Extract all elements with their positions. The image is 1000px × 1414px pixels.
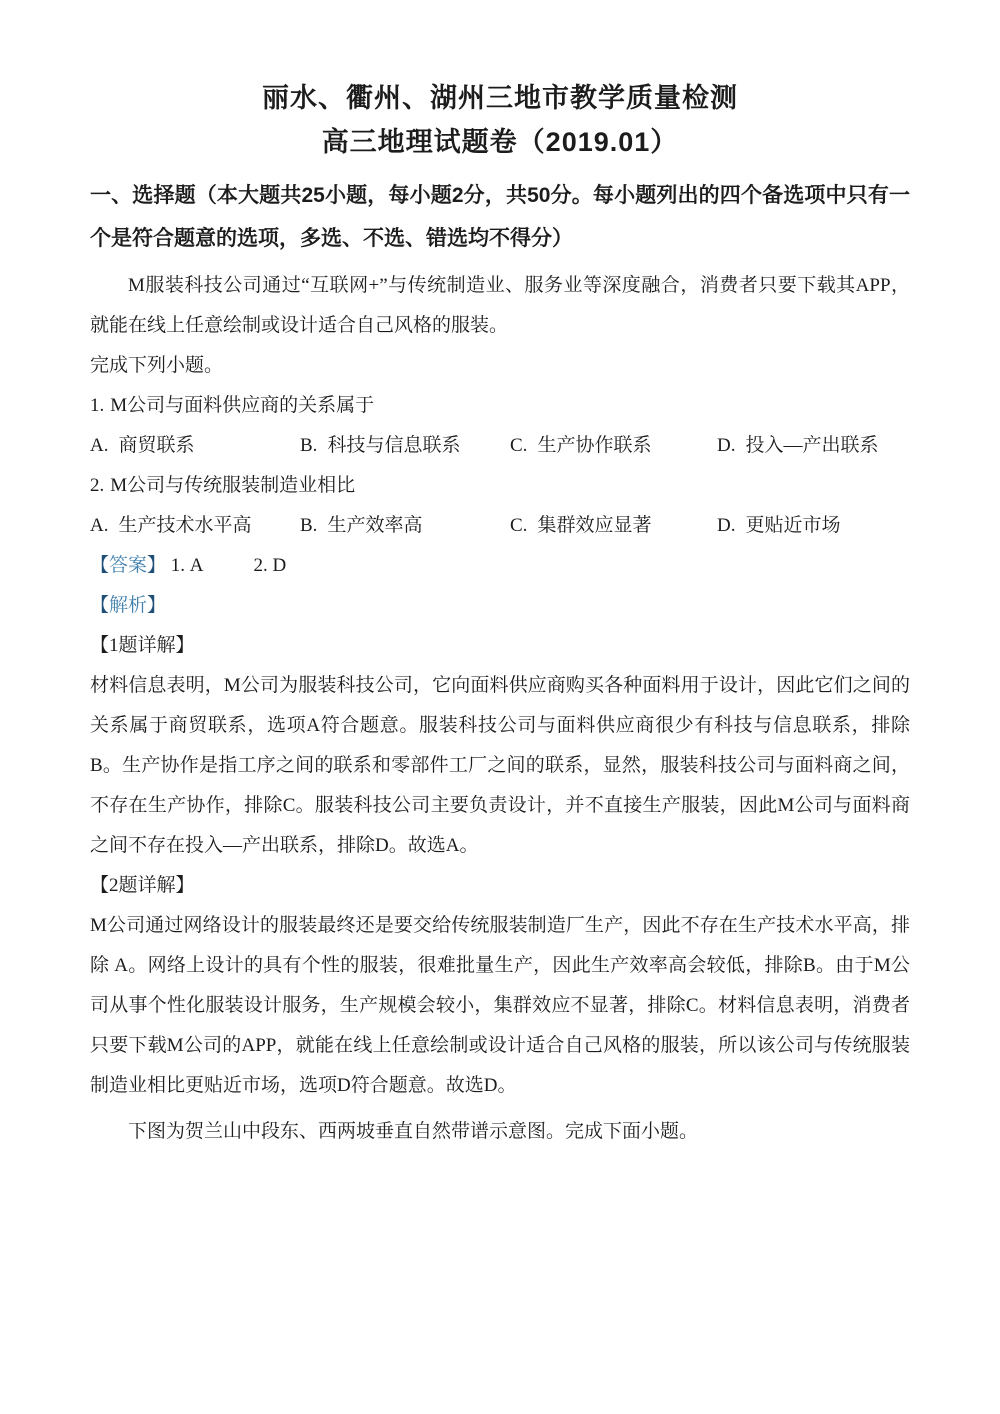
passage-followup: 完成下列小题。 (90, 346, 910, 386)
option-text: 科技与信息联系 (327, 435, 460, 456)
answer-1-number: 1. (171, 555, 185, 576)
question-2-option-c: C.集群效应显著 (510, 506, 717, 546)
detail-2-header: 【2题详解】 (90, 866, 910, 906)
detail-1-header: 【1题详解】 (90, 626, 910, 666)
option-label: A. (90, 435, 108, 456)
option-label: D. (717, 435, 735, 456)
question-2-stem: 2.M公司与传统服装制造业相比 (90, 466, 910, 506)
analysis-bracket-open: 【 (90, 595, 109, 616)
answer-bracket-close: 】 (147, 555, 166, 576)
paper-title-line1: 丽水、衢州、湖州三地市教学质量检测 (90, 76, 910, 120)
option-text: 生产效率高 (327, 515, 422, 536)
analysis-bracket-close: 】 (147, 595, 166, 616)
option-label: B. (300, 515, 317, 536)
question-1-stem: 1.M公司与面料供应商的关系属于 (90, 386, 910, 426)
question-2-text: M公司与传统服装制造业相比 (110, 475, 355, 496)
question-2-option-d: D.更贴近市场 (717, 506, 910, 546)
answer-1-choice: A (190, 555, 204, 576)
answer-label: 答案 (109, 555, 147, 576)
option-text: 商贸联系 (118, 435, 194, 456)
option-label: A. (90, 515, 108, 536)
next-passage-intro: 下图为贺兰山中段东、西两坡垂直自然带谱示意图。完成下面小题。 (90, 1112, 910, 1152)
detail-2-text: M公司通过网络设计的服装最终还是要交给传统服装制造厂生产，因此不存在生产技术水平… (90, 906, 910, 1106)
question-1-text: M公司与面料供应商的关系属于 (110, 395, 374, 416)
option-label: B. (300, 435, 317, 456)
detail-1-text: 材料信息表明，M公司为服装科技公司，它向面料供应商购买各种面料用于设计，因此它们… (90, 666, 910, 866)
option-label: C. (510, 515, 527, 536)
option-text: 生产技术水平高 (118, 515, 251, 536)
passage-intro: M服装科技公司通过“互联网+”与传统制造业、服务业等深度融合，消费者只要下载其A… (90, 266, 910, 346)
question-2-option-b: B.生产效率高 (300, 506, 510, 546)
exam-paper-page: 丽水、衢州、湖州三地市教学质量检测 高三地理试题卷（2019.01） 一、选择题… (0, 0, 1000, 1414)
question-1-option-b: B.科技与信息联系 (300, 426, 510, 466)
answer-2-choice: D (273, 555, 287, 576)
question-1-option-a: A.商贸联系 (90, 426, 300, 466)
analysis-line: 【解析】 (90, 586, 910, 626)
option-label: C. (510, 435, 527, 456)
question-1-options: A.商贸联系 B.科技与信息联系 C.生产协作联系 D.投入—产出联系 (90, 426, 910, 466)
answer-item-1: 1. A (171, 555, 204, 576)
option-label: D. (717, 515, 735, 536)
section-one-header: 一、选择题（本大题共25小题，每小题2分，共50分。每小题列出的四个备选项中只有… (90, 174, 910, 260)
option-text: 更贴近市场 (745, 515, 840, 536)
answer-2-number: 2. (254, 555, 268, 576)
answer-item-2: 2. D (254, 555, 287, 576)
answer-line: 【答案】 1. A2. D (90, 546, 910, 586)
question-2-option-a: A.生产技术水平高 (90, 506, 300, 546)
question-2-number: 2. (90, 475, 104, 496)
question-1-option-c: C.生产协作联系 (510, 426, 717, 466)
analysis-label: 解析 (109, 595, 147, 616)
question-1-option-d: D.投入—产出联系 (717, 426, 910, 466)
option-text: 集群效应显著 (537, 515, 651, 536)
question-1-number: 1. (90, 395, 104, 416)
option-text: 投入—产出联系 (745, 435, 878, 456)
question-2-options: A.生产技术水平高 B.生产效率高 C.集群效应显著 D.更贴近市场 (90, 506, 910, 546)
paper-title-line2: 高三地理试题卷（2019.01） (90, 120, 910, 164)
answer-bracket-open: 【 (90, 555, 109, 576)
option-text: 生产协作联系 (537, 435, 651, 456)
